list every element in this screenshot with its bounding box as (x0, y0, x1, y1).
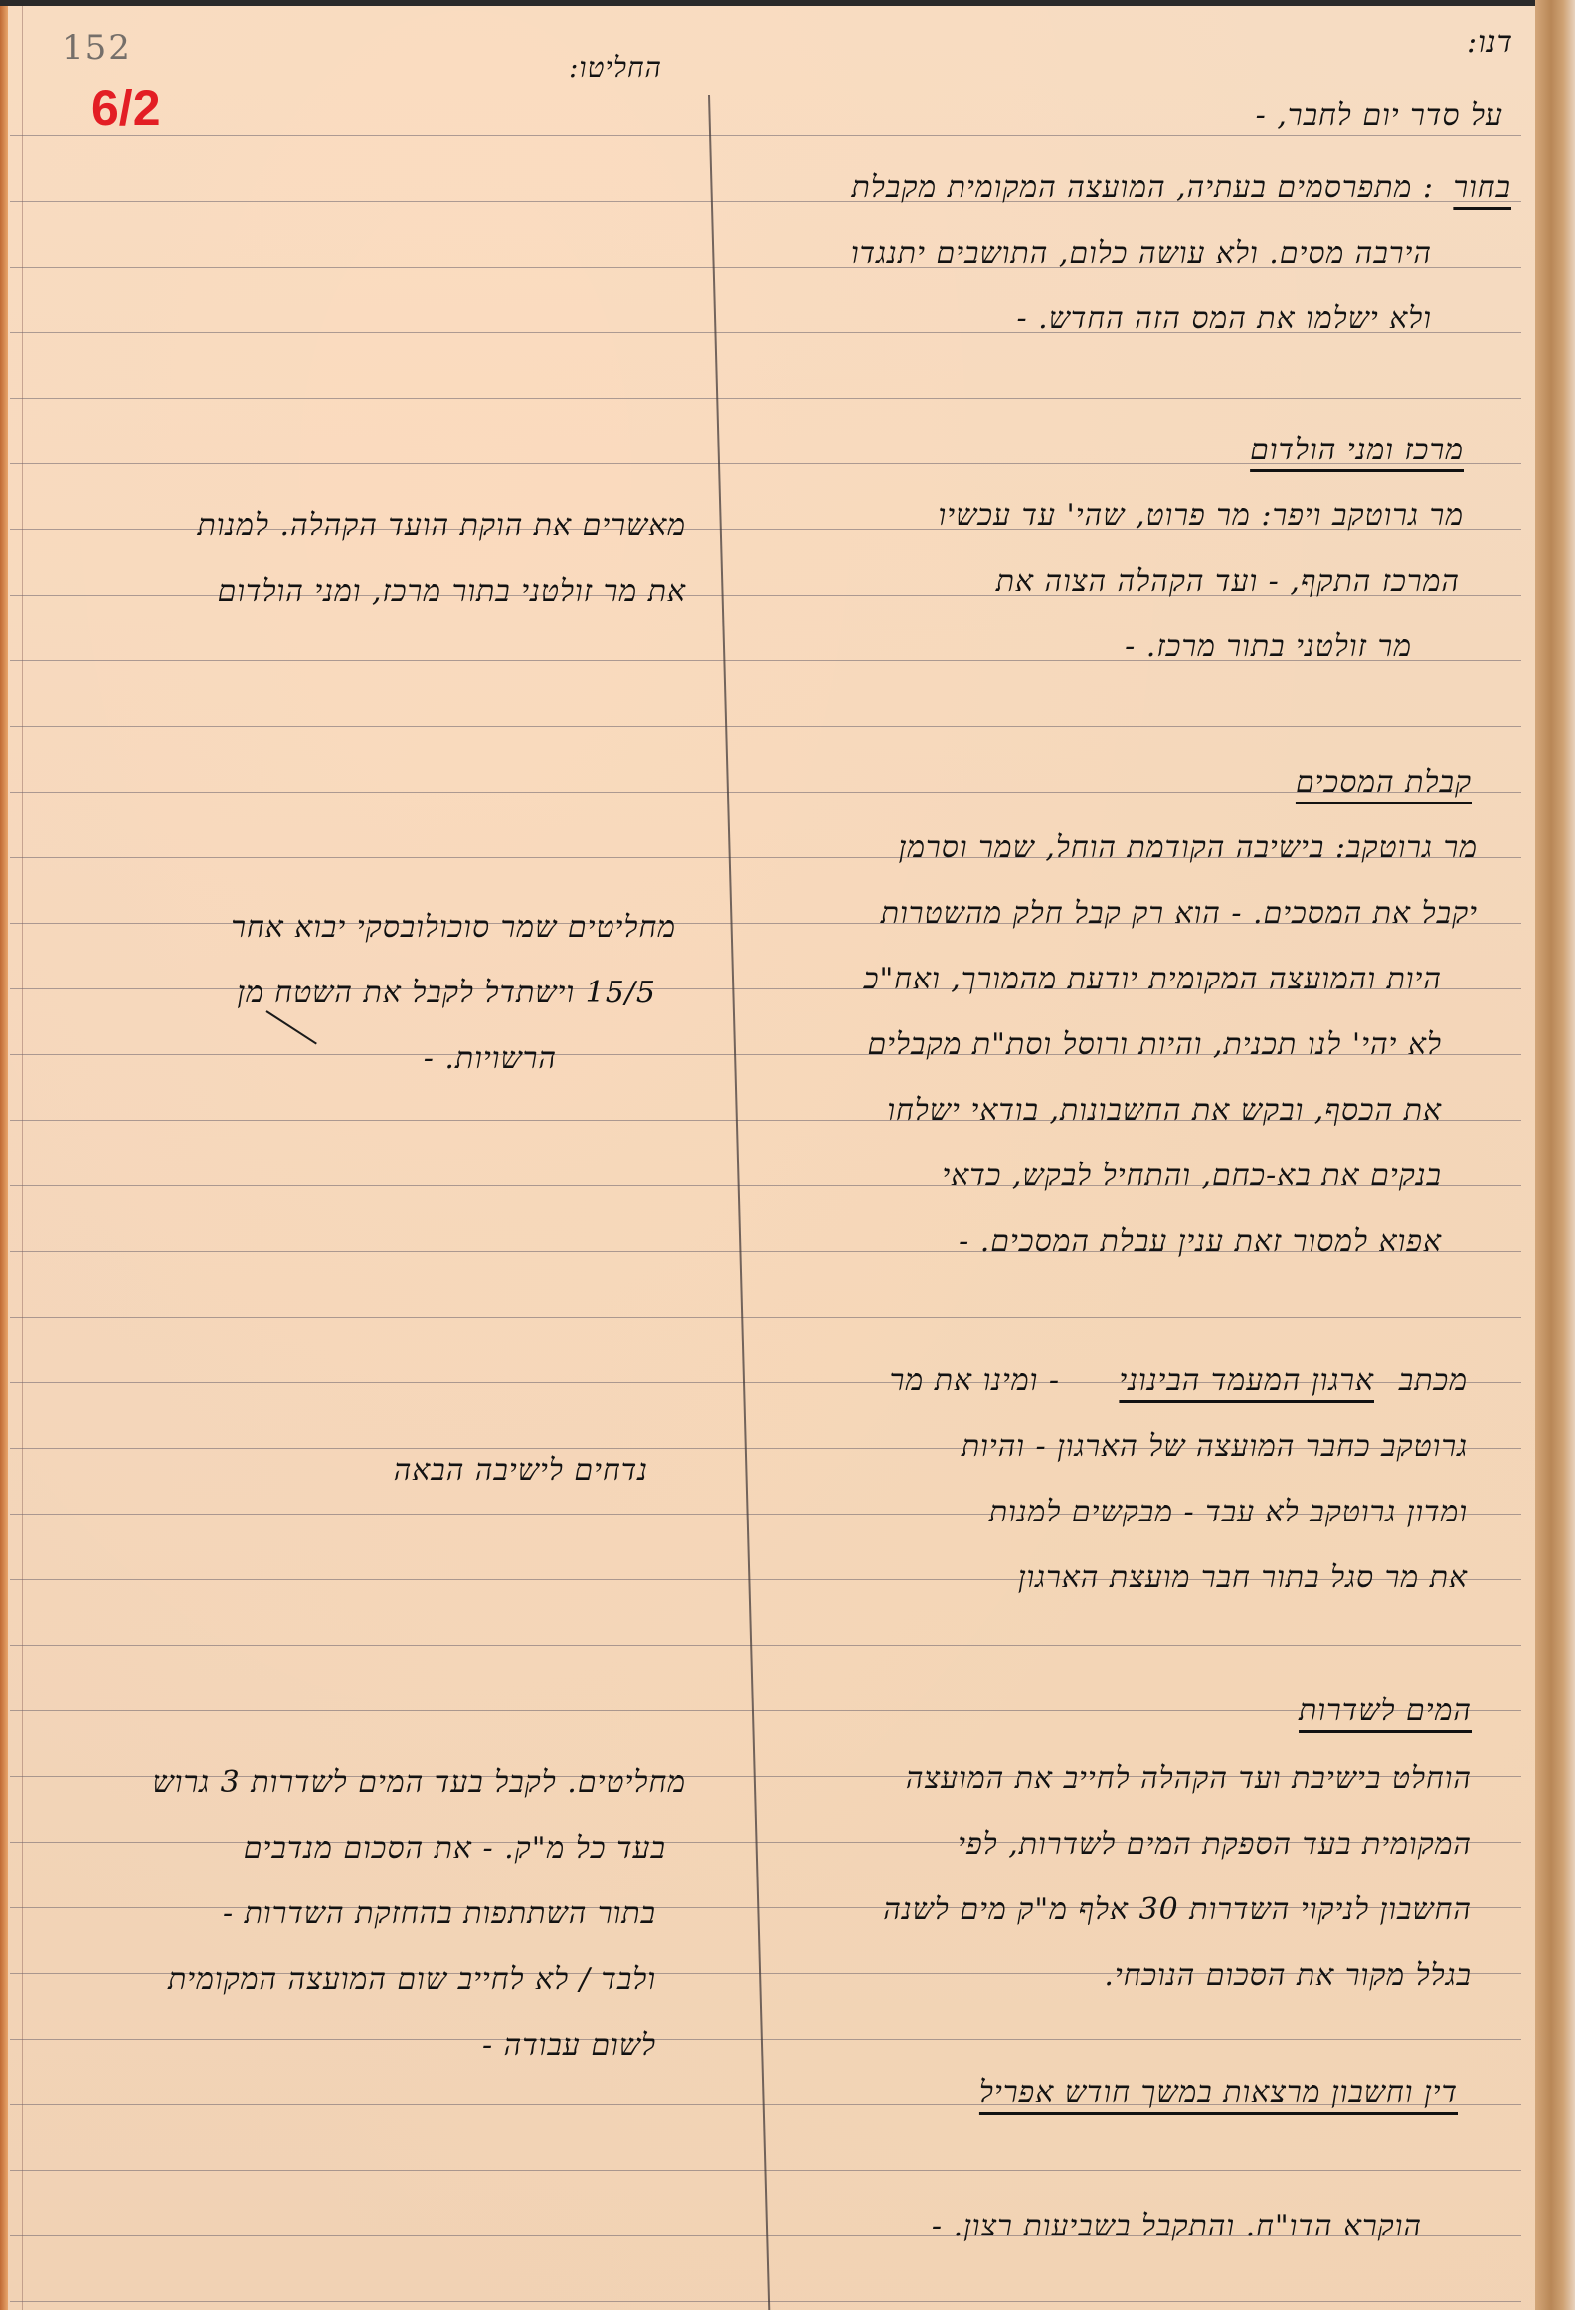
discussion-item-haver-label: בחור (1453, 173, 1511, 203)
decision-item-3-line: מאשרים את הוקת הועד הקהלה. למנות (197, 511, 686, 541)
discussion-item-5-line: את מר סגל בתור חבר מועצת הארגון (1018, 1563, 1468, 1593)
discussion-item-4-title: קבלת המסכים (1296, 768, 1472, 798)
discussion-item-3-line: מר גרוטקב ויפר: מר פרוט, שהי' עד עכשיו (939, 501, 1464, 531)
discussion-item-5-title: ארגון המעמד הבינוני (1119, 1366, 1374, 1396)
discussion-item-haver-line: ולא ישלמו את המס הזה החדש. - (1016, 304, 1432, 334)
discussion-item-3-title: מרכז ומני הולדום (1250, 436, 1464, 465)
ruled-line (10, 2301, 1521, 2302)
discussion-header: דנו: (1467, 28, 1513, 58)
discussion-item-4-line: לא יהי' לנו תכנית, והיות ורוסל וסת"ת מקב… (867, 1030, 1442, 1060)
decision-item-6-line: ולבד / לא לחייב שום המועצה המקומית (168, 1965, 656, 1995)
margin-line (22, 6, 23, 2323)
discussion-item-5-line: ומדון גרוטקב לא עבד - מבקשים למנות (989, 1498, 1468, 1527)
decision-item-3-line: את מר זולטני בתור מרכז, ומני הולדום (218, 577, 686, 607)
decision-item-6-line: מחליטים. לקבל בעד המים לשדרות 3 גרוש (153, 1768, 686, 1798)
folio-label: 6/2 (91, 80, 161, 137)
ruled-line (10, 1317, 1521, 1318)
discussion-item-4-line: מר גרוטקב: בישיבה הקודמת הוחל, שמר וסרמן (899, 833, 1478, 863)
discussion-item-5-line: - ומינו את מר (890, 1366, 1060, 1396)
decision-item-5-line: נדחים לישיבה הבאה (394, 1456, 648, 1486)
discussion-item-haver-line: הירבה מסים. ולא עושה כלום, התושבים יתנגד… (851, 239, 1432, 268)
discussion-item-4-line: אפוא למסור זאת ענין עבלת המסכים. - (959, 1227, 1442, 1257)
decision-item-4-line: 15/5 וישתדל לקבל את השטח מן (237, 979, 656, 1008)
decisions-header: החליטו: (569, 54, 662, 82)
archive-stamp-number: 152 (62, 28, 132, 68)
discussion-item-2-line: על סדר יום לחבר, - (1256, 101, 1503, 131)
arrow-mark (265, 1010, 316, 1044)
discussion-item-4-line: בנקים את בא-כחם, והתחיל לבקש, כדאי (942, 1162, 1442, 1191)
decision-item-4-line: מחליטים שמר סוכולובסקי יבוא אחר (231, 913, 676, 943)
discussion-item-3-line: מר זולטני בתור מרכז. - (1125, 632, 1412, 662)
decision-item-6-line: לשום עבודה - (482, 2031, 656, 2060)
column-divider (708, 95, 771, 2322)
discussion-item-6-line: בגלל מקור את הסכום הנוכחי. (1104, 1961, 1472, 1991)
decision-item-6-line: בתור השתתפות בהחזקת השדרות - (223, 1899, 656, 1929)
discussion-item-6-line: המקומית בעד הספקת המים לשדרות, לפי (958, 1830, 1472, 1860)
discussion-item-5-title-prefix: מכתב (1399, 1366, 1468, 1396)
discussion-item-4-line: יקבל את המסכים. - הוא רק קבל חלק מהשטרות (881, 899, 1478, 929)
page-bottom-edge (0, 2310, 1575, 2324)
ruled-line (10, 726, 1521, 727)
decision-item-4-line: הרשויות. - (424, 1044, 557, 1074)
ruled-line (10, 1645, 1521, 1646)
discussion-item-4-line: את הכסף, ובקש את החשבונות, בודאי ישלחו (887, 1096, 1442, 1126)
discussion-item-6-title: המים לשדרות (1299, 1697, 1472, 1726)
page-left-edge (0, 6, 8, 2324)
ruled-line (10, 2039, 1521, 2040)
document-page: 152 6/2 החליטו: דנו: על סדר יום לחבר, - … (0, 0, 1551, 2323)
discussion-item-6-line: החשבון לניקוי השדרות 30 אלף מ"ק מים לשנה (883, 1895, 1472, 1925)
ruled-line (10, 398, 1521, 399)
discussion-item-5-line: גרוטקב כחבר המועצה של הארגון - והיות (962, 1432, 1468, 1462)
decision-item-6-line: בעד כל מ"ק. - את הסכום מנדבים (244, 1834, 666, 1864)
ruled-line (10, 1710, 1521, 1711)
discussion-item-4-line: היות והמועצה המקומית יודעת מהמורך, ואח"כ (864, 965, 1442, 994)
discussion-item-7-title: דין וחשבון מרצאות במשך חודש אפריל (979, 2078, 1458, 2108)
notebook-binding-edge (1535, 0, 1575, 2324)
discussion-item-haver-line: : מתפרסמים בעתיה, המועצה המקומית מקבלת (852, 173, 1434, 203)
ruled-line (10, 135, 1521, 136)
discussion-item-6-line: הוחלט בישיבת ועד הקהלה לחייב את המועצה (906, 1764, 1472, 1794)
discussion-item-3-line: המרכז התקף, - ועד הקהלה הצוה את (996, 567, 1460, 597)
discussion-item-7-line: הוקרא הדו"ח. והתקבל בשביעות רצון. - (932, 2212, 1422, 2241)
